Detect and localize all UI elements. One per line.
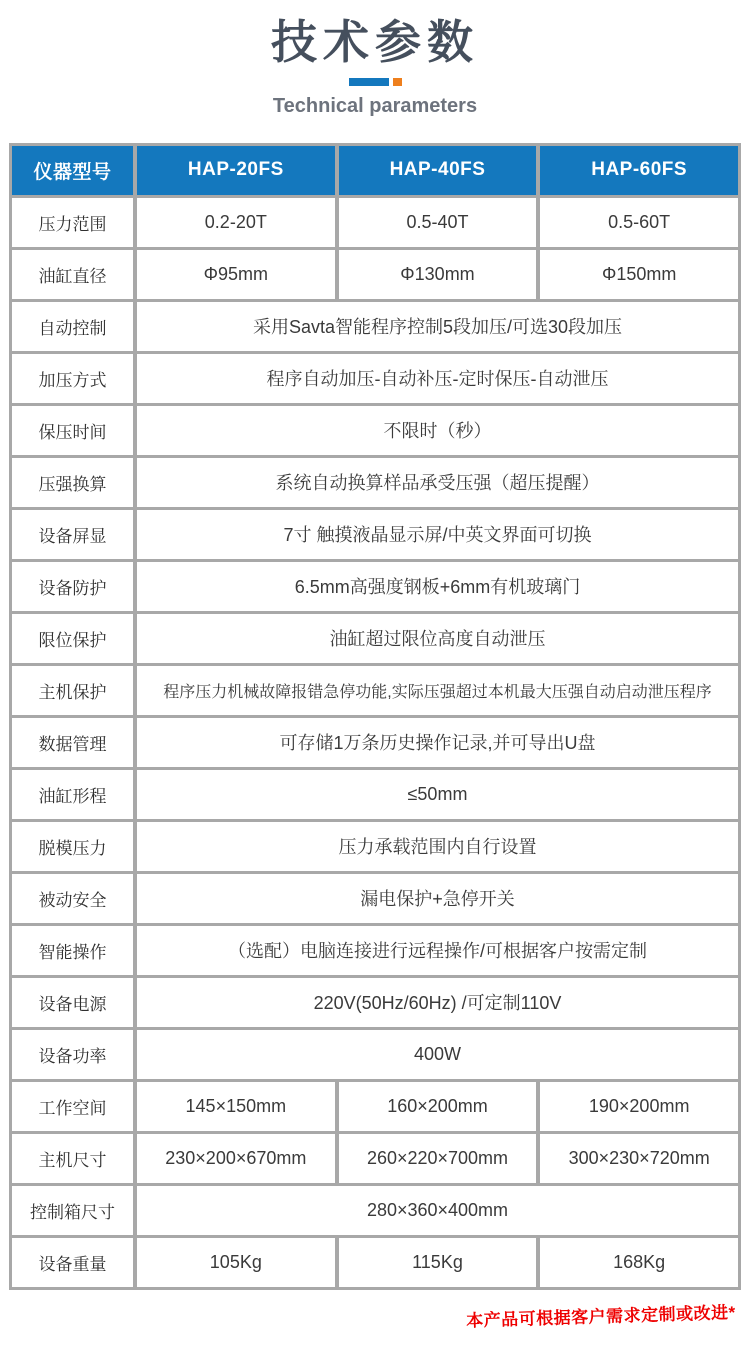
table-header-model: 仪器型号 bbox=[12, 146, 133, 195]
row-label: 控制箱尺寸 bbox=[12, 1186, 133, 1235]
row-value-merged: 6.5mm高强度钢板+6mm有机玻璃门 bbox=[137, 562, 738, 611]
row-value-merged: （选配）电脑连接进行远程操作/可根据客户按需定制 bbox=[137, 926, 738, 975]
row-label: 压强换算 bbox=[12, 458, 133, 507]
page-subtitle: Technical parameters bbox=[0, 95, 750, 118]
row-label: 智能操作 bbox=[12, 926, 133, 975]
table-header-hap60fs: HAP-60FS bbox=[540, 146, 738, 195]
row-value: 145×150mm bbox=[137, 1082, 335, 1131]
row-label: 限位保护 bbox=[12, 614, 133, 663]
row-label: 设备防护 bbox=[12, 562, 133, 611]
row-value: Φ130mm bbox=[339, 250, 537, 299]
row-label: 被动安全 bbox=[12, 874, 133, 923]
row-label: 油缸形程 bbox=[12, 770, 133, 819]
row-value: 0.5-40T bbox=[339, 198, 537, 247]
row-value-merged: 7寸 触摸液晶显示屏/中英文界面可切换 bbox=[137, 510, 738, 559]
row-label: 主机尺寸 bbox=[12, 1134, 133, 1183]
row-value-merged: 漏电保护+急停开关 bbox=[137, 874, 738, 923]
row-label: 设备电源 bbox=[12, 978, 133, 1027]
row-label: 设备功率 bbox=[12, 1030, 133, 1079]
row-value-merged: 油缸超过限位高度自动泄压 bbox=[137, 614, 738, 663]
title-divider bbox=[0, 78, 750, 86]
row-value-merged: 220V(50Hz/60Hz) /可定制110V bbox=[137, 978, 738, 1027]
row-label: 压力范围 bbox=[12, 198, 133, 247]
row-value-merged: 系统自动换算样品承受压强（超压提醒） bbox=[137, 458, 738, 507]
row-value-merged: 压力承载范围内自行设置 bbox=[137, 822, 738, 871]
row-label: 油缸直径 bbox=[12, 250, 133, 299]
spec-table: 仪器型号 HAP-20FS HAP-40FS HAP-60FS 压力范围0.2-… bbox=[9, 143, 741, 1290]
spec-sheet-page: 技术参数 Technical parameters 仪器型号 HAP-20FS … bbox=[0, 0, 750, 1357]
row-label: 主机保护 bbox=[12, 666, 133, 715]
table-header-hap20fs: HAP-20FS bbox=[137, 146, 335, 195]
row-value: 160×200mm bbox=[339, 1082, 537, 1131]
row-label: 数据管理 bbox=[12, 718, 133, 767]
row-value-merged: 不限时（秒） bbox=[137, 406, 738, 455]
row-value-merged: 程序压力机械故障报错急停功能,实际压强超过本机最大压强自动启动泄压程序 bbox=[137, 666, 738, 715]
divider-square-orange bbox=[393, 78, 402, 86]
custom-note: 本产品可根据客户需求定制或改进* bbox=[466, 1298, 736, 1331]
row-value: 168Kg bbox=[540, 1238, 738, 1287]
row-value: 0.5-60T bbox=[540, 198, 738, 247]
row-value-merged: 采用Savta智能程序控制5段加压/可选30段加压 bbox=[137, 302, 738, 351]
row-value: Φ150mm bbox=[540, 250, 738, 299]
row-label: 设备重量 bbox=[12, 1238, 133, 1287]
row-value: 0.2-20T bbox=[137, 198, 335, 247]
title-block: 技术参数 Technical parameters bbox=[0, 0, 750, 118]
row-label: 设备屏显 bbox=[12, 510, 133, 559]
row-value-merged: 280×360×400mm bbox=[137, 1186, 738, 1235]
row-value-merged: 400W bbox=[137, 1030, 738, 1079]
row-value: 260×220×700mm bbox=[339, 1134, 537, 1183]
row-value: 115Kg bbox=[339, 1238, 537, 1287]
row-value-merged: 可存储1万条历史操作记录,并可导出U盘 bbox=[137, 718, 738, 767]
row-value: 190×200mm bbox=[540, 1082, 738, 1131]
row-value: Φ95mm bbox=[137, 250, 335, 299]
row-label: 保压时间 bbox=[12, 406, 133, 455]
table-header-hap40fs: HAP-40FS bbox=[339, 146, 537, 195]
row-label: 自动控制 bbox=[12, 302, 133, 351]
row-value: 105Kg bbox=[137, 1238, 335, 1287]
divider-bar-blue bbox=[349, 78, 389, 86]
row-label: 脱模压力 bbox=[12, 822, 133, 871]
row-label: 加压方式 bbox=[12, 354, 133, 403]
row-label: 工作空间 bbox=[12, 1082, 133, 1131]
row-value-merged: ≤50mm bbox=[137, 770, 738, 819]
row-value: 230×200×670mm bbox=[137, 1134, 335, 1183]
row-value-merged: 程序自动加压-自动补压-定时保压-自动泄压 bbox=[137, 354, 738, 403]
row-value: 300×230×720mm bbox=[540, 1134, 738, 1183]
page-title: 技术参数 bbox=[0, 14, 750, 72]
